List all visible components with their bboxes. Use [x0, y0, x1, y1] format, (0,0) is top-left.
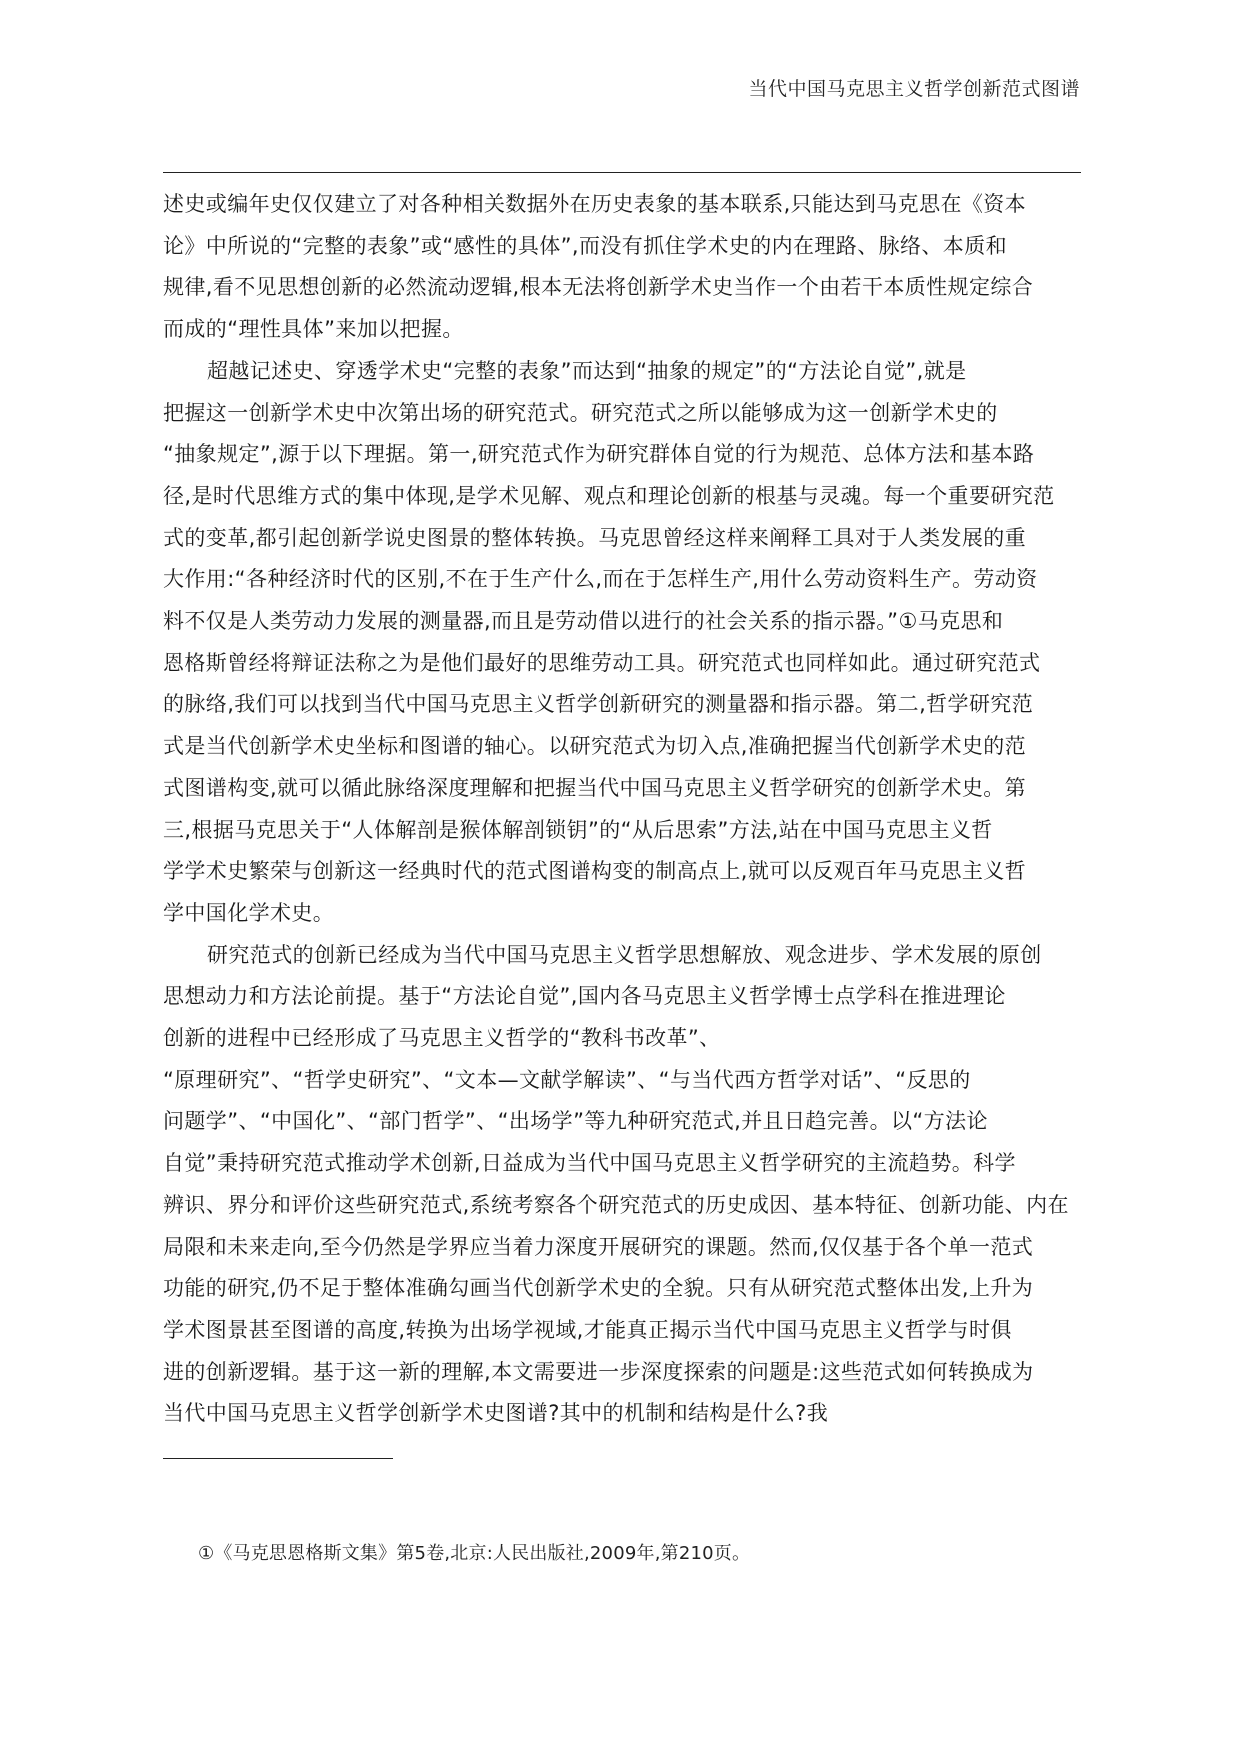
text-line: 辨识、界分和评价这些研究范式,系统考察各个研究范式的历史成因、基本特征、创新功能… — [163, 1185, 1081, 1227]
header-divider — [163, 172, 1081, 173]
footnote-reference-line: 料不仅是人类劳动力发展的测量器,而且是劳动借以进行的社会关系的指示器。”①马克思… — [163, 601, 1081, 643]
text-line: 而成的“理性具体”来加以把握。 — [163, 309, 1081, 351]
text-line: 超越记述史、穿透学术史“完整的表象”而达到“抽象的规定”的“方法论自觉”,就是 — [163, 351, 1081, 393]
text-line: 功能的研究,仍不足于整体准确勾画当代创新学术史的全貌。只有从研究范式整体出发,上… — [163, 1268, 1081, 1310]
text-line: 述史或编年史仅仅建立了对各种相关数据外在历史表象的基本联系,只能达到马克思在《资… — [163, 184, 1081, 226]
text-line: 问题学”、“中国化”、“部门哲学”、“出场学”等九种研究范式,并且日趋完善。以“… — [163, 1101, 1081, 1143]
text-line: 论》中所说的“完整的表象”或“感性的具体”,而没有抓住学术史的内在理路、脉络、本… — [163, 226, 1081, 268]
text-line: 研究范式的创新已经成为当代中国马克思主义哲学思想解放、观念进步、学术发展的原创 — [163, 935, 1081, 977]
text-line: 学中国化学术史。 — [163, 893, 1081, 935]
text-line: 径,是时代思维方式的集中体现,是学术见解、观点和理论创新的根基与灵魂。每一个重要… — [163, 476, 1081, 518]
footnote: ①《马克思恩格斯文集》第5卷,北京:人民出版社,2009年,第210页。 — [198, 1539, 750, 1565]
text-line: 自觉”秉持研究范式推动学术创新,日益成为当代中国马克思主义哲学研究的主流趋势。科… — [163, 1143, 1081, 1185]
text-line: 思想动力和方法论前提。基于“方法论自觉”,国内各马克思主义哲学博士点学科在推进理… — [163, 976, 1081, 1018]
paragraph: 述史或编年史仅仅建立了对各种相关数据外在历史表象的基本联系,只能达到马克思在《资… — [163, 184, 1081, 351]
paragraph: 超越记述史、穿透学术史“完整的表象”而达到“抽象的规定”的“方法论自觉”,就是 … — [163, 351, 1081, 935]
text-line: “原理研究”、“哲学史研究”、“文本—文献学解读”、“与当代西方哲学对话”、“反… — [163, 1060, 1081, 1102]
text-line: 规律,看不见思想创新的必然流动逻辑,根本无法将创新学术史当作一个由若干本质性规定… — [163, 267, 1081, 309]
text-line: 式是当代创新学术史坐标和图谱的轴心。以研究范式为切入点,准确把握当代创新学术史的… — [163, 726, 1081, 768]
text-line: “抽象规定”,源于以下理据。第一,研究范式作为研究群体自觉的行为规范、总体方法和… — [163, 434, 1081, 476]
text-line: 把握这一创新学术史中次第出场的研究范式。研究范式之所以能够成为这一创新学术史的 — [163, 393, 1081, 435]
text-line: 学学术史繁荣与创新这一经典时代的范式图谱构变的制高点上,就可以反观百年马克思主义… — [163, 851, 1081, 893]
text-line: 大作用:“各种经济时代的区别,不在于生产什么,而在于怎样生产,用什么劳动资料生产… — [163, 559, 1081, 601]
body-text: 述史或编年史仅仅建立了对各种相关数据外在历史表象的基本联系,只能达到马克思在《资… — [163, 184, 1081, 1435]
text-line: 三,根据马克思关于“人体解剖是猴体解剖锁钥”的“从后思索”方法,站在中国马克思主… — [163, 810, 1081, 852]
text-line: 式的变革,都引起创新学说史图景的整体转换。马克思曾经这样来阐释工具对于人类发展的… — [163, 518, 1081, 560]
text-line: 学术图景甚至图谱的高度,转换为出场学视域,才能真正揭示当代中国马克思主义哲学与时… — [163, 1310, 1081, 1352]
text-line: 创新的进程中已经形成了马克思主义哲学的“教科书改革”、 — [163, 1018, 1081, 1060]
text-line: 当代中国马克思主义哲学创新学术史图谱?其中的机制和结构是什么?我 — [163, 1393, 1081, 1435]
text-line: 的脉络,我们可以找到当代中国马克思主义哲学创新研究的测量器和指示器。第二,哲学研… — [163, 684, 1081, 726]
text-line: 进的创新逻辑。基于这一新的理解,本文需要进一步深度探索的问题是:这些范式如何转换… — [163, 1352, 1081, 1394]
text-line: 局限和未来走向,至今仍然是学界应当着力深度开展研究的课题。然而,仅仅基于各个单一… — [163, 1227, 1081, 1269]
text-line: 式图谱构变,就可以循此脉络深度理解和把握当代中国马克思主义哲学研究的创新学术史。… — [163, 768, 1081, 810]
running-header: 当代中国马克思主义哲学创新范式图谱 — [748, 74, 1080, 101]
paragraph: 研究范式的创新已经成为当代中国马克思主义哲学思想解放、观念进步、学术发展的原创 … — [163, 935, 1081, 1435]
footnote-divider — [163, 1458, 393, 1459]
text-line: 恩格斯曾经将辩证法称之为是他们最好的思维劳动工具。研究范式也同样如此。通过研究范… — [163, 643, 1081, 685]
